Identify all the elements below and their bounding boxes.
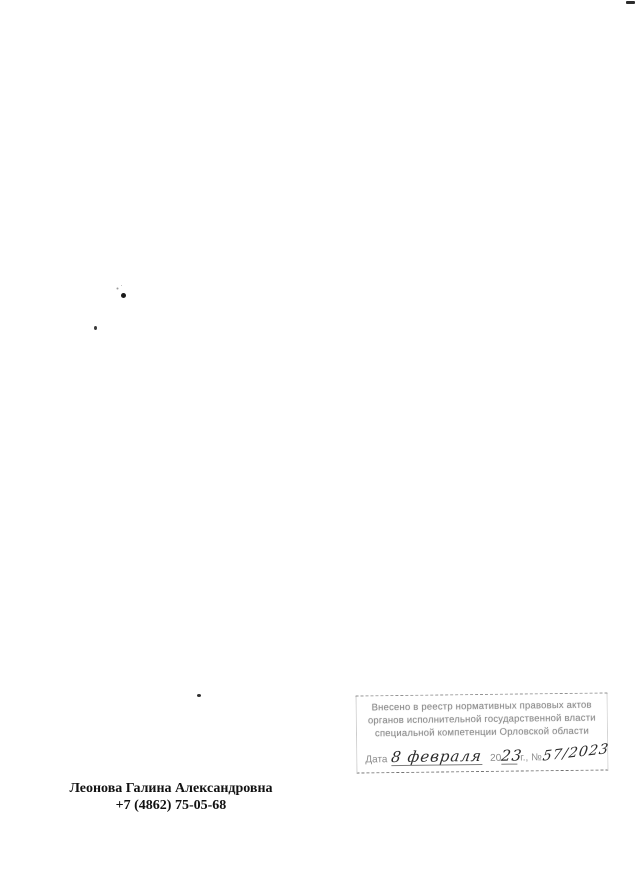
ink-speck <box>121 293 126 298</box>
ink-speck <box>94 326 97 330</box>
stamp-year-handwritten: 23 <box>500 749 523 761</box>
stamp-date-label: Дата <box>365 754 387 765</box>
scanned-document-page: Внесено в реестр нормативных правовых ак… <box>0 0 640 895</box>
stamp-year-blank: 23 <box>501 750 517 765</box>
stamp-number-handwritten: 57/2023 <box>542 743 610 763</box>
stamp-date-blank: 8 февраля <box>391 750 482 766</box>
registration-stamp: Внесено в реестр нормативных правовых ак… <box>356 692 609 773</box>
ink-speck <box>626 1 635 4</box>
contact-name: Леонова Галина Александровна <box>62 780 280 797</box>
ink-speck <box>197 694 201 697</box>
stamp-year-suffix: г., № <box>520 752 542 763</box>
stamp-date-row: Дата 8 февраля 20 23 г., № 57/2023 <box>365 748 605 766</box>
contact-block: Леонова Галина Александровна +7 (4862) 7… <box>62 780 280 814</box>
contact-phone: +7 (4862) 75-05-68 <box>62 797 280 814</box>
stamp-line-3: специальной компетенции Орловской област… <box>357 724 607 740</box>
stamp-date-handwritten: 8 февраля <box>391 750 483 763</box>
